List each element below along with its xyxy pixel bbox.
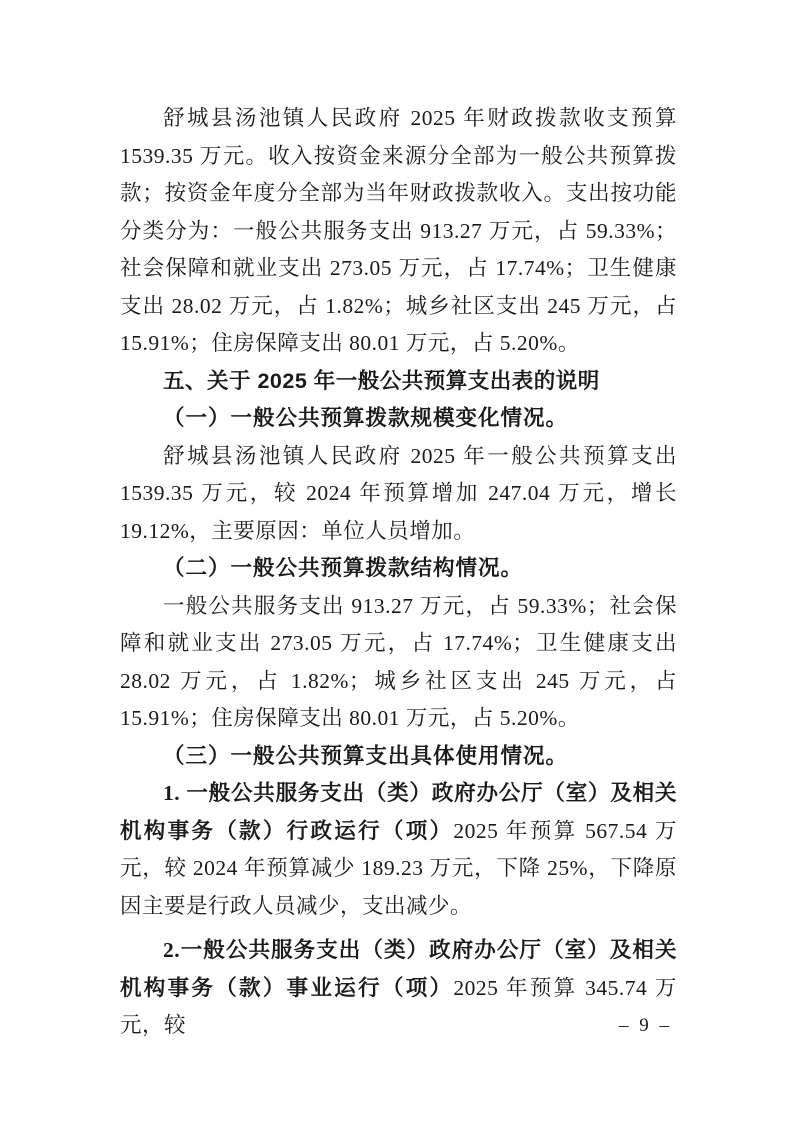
document-page: 舒城县汤池镇人民政府 2025 年财政拨款收支预算 1539.35 万元。收入按…: [0, 0, 793, 1122]
paragraph-fiscal-appropriation-overview: 舒城县汤池镇人民政府 2025 年财政拨款收支预算 1539.35 万元。收入按…: [120, 100, 677, 363]
paragraph-budget-structure: 一般公共服务支出 913.27 万元，占 59.33%；社会保障和就业支出 27…: [120, 588, 677, 738]
paragraph-expenditure-item-2: 2.一般公共服务支出（类）政府办公厅（室）及相关机构事务（款）事业运行（项）20…: [120, 932, 677, 1045]
paragraph-budget-scale-change: 舒城县汤池镇人民政府 2025 年一般公共预算支出 1539.35 万元，较 2…: [120, 438, 677, 551]
subsection-heading-one: （一）一般公共预算拨款规模变化情况。: [120, 400, 677, 438]
section-heading-five: 五、关于 2025 年一般公共预算支出表的说明: [120, 363, 677, 401]
subsection-heading-two: （二）一般公共预算拨款结构情况。: [120, 550, 677, 588]
paragraph-expenditure-item-1: 1. 一般公共服务支出（类）政府办公厅（室）及相关机构事务（款）行政运行（项）2…: [120, 775, 677, 925]
document-body: 舒城县汤池镇人民政府 2025 年财政拨款收支预算 1539.35 万元。收入按…: [120, 100, 677, 1045]
page-number: – 9 –: [619, 1014, 672, 1038]
subsection-heading-three: （三）一般公共预算支出具体使用情况。: [120, 738, 677, 776]
